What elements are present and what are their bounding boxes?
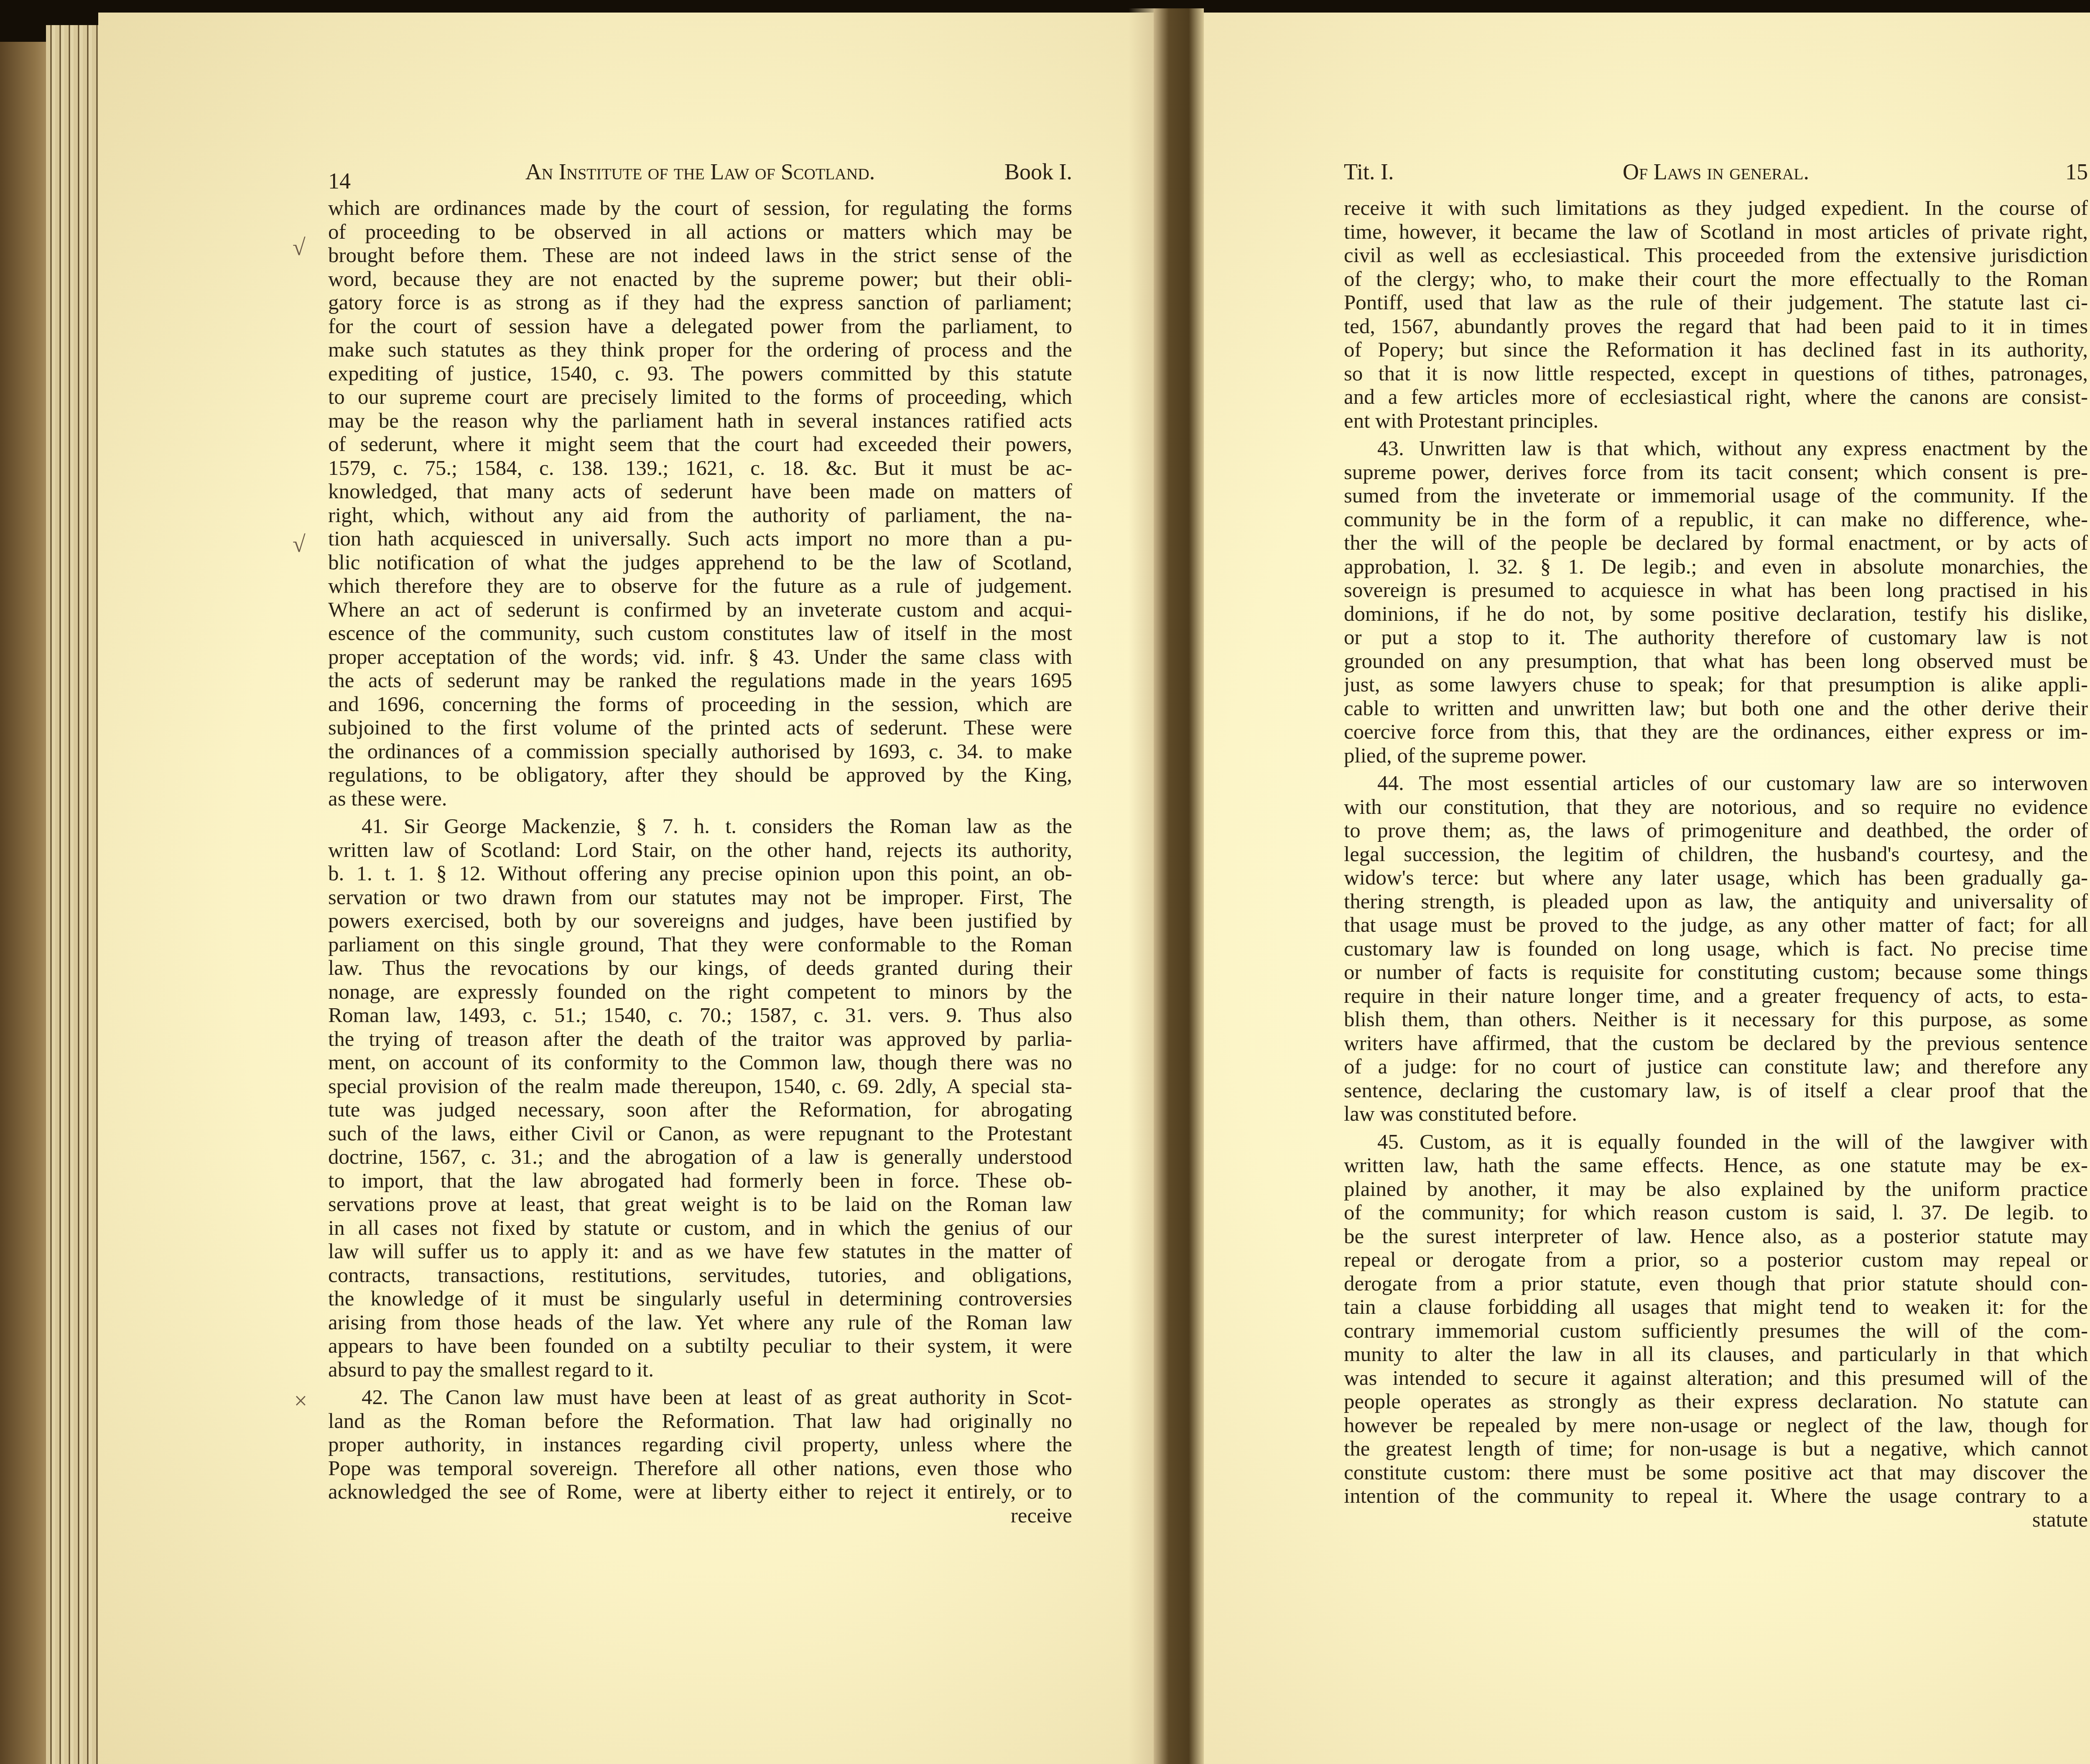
text-line: absurd to pay the smallest regard to it.	[328, 1358, 1072, 1382]
text-line: of a judge: for no court of justice can …	[1344, 1055, 2088, 1079]
text-line: 1579, c. 75.; 1584, c. 138. 139.; 1621, …	[328, 456, 1072, 480]
left-section-tag: Book I.	[1004, 159, 1072, 185]
text-line: blish them, than others. Neither is it n…	[1344, 1008, 2088, 1032]
catchword: receive	[328, 1504, 1072, 1528]
text-line: law was constituted before.	[1344, 1102, 2088, 1126]
text-line: customary law is founded on long usage, …	[1344, 937, 2088, 961]
text-line: legal succession, the legitim of childre…	[1344, 843, 2088, 867]
text-line: 42. The Canon law must have been at leas…	[328, 1386, 1072, 1410]
text-line: 45. Custom, as it is equally founded in …	[1344, 1130, 2088, 1154]
text-line: expediting of justice, 1540, c. 93. The …	[328, 362, 1072, 386]
text-line: powers exercised, both by our sovereigns…	[328, 909, 1072, 933]
right-page-number: 15	[2065, 159, 2088, 185]
right-running-head: Tit. I. Of Laws in general. 15	[1344, 159, 2088, 196]
text-line: receive it with such limitations as they…	[1344, 196, 2088, 220]
text-line: people operates as strongly as their exp…	[1344, 1390, 2088, 1414]
text-line: plained by another, it may be also expla…	[1344, 1178, 2088, 1201]
text-line: special provision of the realm made ther…	[328, 1075, 1072, 1099]
text-line: plied, of the supreme power.	[1344, 744, 2088, 768]
text-line: tion hath acquiesced in universally. Suc…	[328, 527, 1072, 551]
text-line: of the clergy; who, to make their court …	[1344, 268, 2088, 291]
page-edges-stack	[46, 25, 100, 1764]
text-line: ted, 1567, abundantly proves the regard …	[1344, 315, 2088, 339]
text-line: written law, hath the same effects. Henc…	[1344, 1154, 2088, 1178]
text-line: arising from those heads of the law. Yet…	[328, 1311, 1072, 1335]
text-line: that usage must be proved to the judge, …	[1344, 913, 2088, 937]
text-line: the ordinances of a commission specially…	[328, 740, 1072, 764]
text-line: just, as some lawyers chuse to speak; fo…	[1344, 673, 2088, 697]
text-line: ment, on account of its conformity to th…	[328, 1051, 1072, 1075]
right-page-body: receive it with such limitations as they…	[1344, 196, 2088, 1532]
text-line: of sederunt, where it might seem that th…	[328, 433, 1072, 456]
text-line: the knowledge of it must be singularly u…	[328, 1287, 1072, 1311]
text-line: subjoined to the first volume of the pri…	[328, 716, 1072, 740]
text-line: nonage, are expressly founded on the rig…	[328, 980, 1072, 1004]
text-line: sentence, declaring the customary law, i…	[1344, 1079, 2088, 1103]
text-line: repeal or derogate from a prior, so a po…	[1344, 1248, 2088, 1272]
text-line: of proceeding to be observed in all acti…	[328, 220, 1072, 244]
text-line: the trying of treason after the death of…	[328, 1027, 1072, 1051]
text-line: the greatest length of time; for non-usa…	[1344, 1437, 2088, 1461]
text-line: such of the laws, either Civil or Canon,…	[328, 1122, 1072, 1146]
text-line: however be repealed by mere non-usage or…	[1344, 1414, 2088, 1438]
text-line: to import, that the law abrogated had fo…	[328, 1169, 1072, 1193]
text-line: of Popery; but since the Reformation it …	[1344, 338, 2088, 362]
text-line: as these were.	[328, 787, 1072, 811]
text-line: 43. Unwritten law is that which, without…	[1344, 437, 2088, 461]
margin-cross-mark: ×	[293, 1388, 308, 1415]
text-line: servation or two drawn from our statutes…	[328, 886, 1072, 910]
text-line: to our supreme court are precisely limit…	[328, 385, 1072, 409]
text-line: derogate from a prior statute, even thou…	[1344, 1272, 2088, 1296]
text-line: Where an act of sederunt is confirmed by…	[328, 598, 1072, 622]
text-line: knowledged, that many acts of sederunt h…	[328, 480, 1072, 504]
text-line: contrary immemorial custom sufficiently …	[1344, 1319, 2088, 1343]
text-line: time, however, it became the law of Scot…	[1344, 220, 2088, 244]
text-line: land as the Roman before the Reformation…	[328, 1410, 1072, 1433]
left-page-body: which are ordinances made by the court o…	[328, 196, 1072, 1527]
text-line: civil as well as ecclesiastical. This pr…	[1344, 244, 2088, 268]
text-line: 41. Sir George Mackenzie, § 7. h. t. con…	[328, 815, 1072, 839]
text-line: ent with Protestant principles.	[1344, 409, 2088, 433]
text-line: with our constitution, that they are not…	[1344, 795, 2088, 819]
text-line: which are ordinances made by the court o…	[328, 196, 1072, 220]
text-line: may be the reason why the parliament hat…	[328, 409, 1072, 433]
margin-check-mark: √	[293, 531, 306, 558]
text-line: gatory force is as strong as if they had…	[328, 291, 1072, 315]
text-line: ther the will of the people be declared …	[1344, 531, 2088, 555]
text-line: require in their nature longer time, and…	[1344, 984, 2088, 1008]
text-line: appears to have been founded on a subtil…	[328, 1334, 1072, 1358]
text-line: writers have affirmed, that the custom b…	[1344, 1032, 2088, 1055]
text-line: for the court of session have a delegate…	[328, 315, 1072, 339]
text-line: brought before them. These are not indee…	[328, 244, 1072, 268]
left-running-title: An Institute of the Law of Scotland.	[328, 159, 1072, 185]
text-line: or put a stop to it. The authority there…	[1344, 626, 2088, 650]
text-line: tute was judged necessary, soon after th…	[328, 1098, 1072, 1122]
text-line: to prove them; as, the laws of primogeni…	[1344, 819, 2088, 843]
text-line: or number of facts is requisite for cons…	[1344, 961, 2088, 984]
text-line: community be in the form of a republic, …	[1344, 508, 2088, 532]
text-line: approbation, l. 32. § 1. De legib.; and …	[1344, 555, 2088, 579]
text-line: Pontiff, used that law as the rule of th…	[1344, 291, 2088, 315]
text-line: servations prove at least, that great we…	[328, 1193, 1072, 1216]
text-line: grounded on any presumption, that what h…	[1344, 650, 2088, 673]
text-line: was intended to secure it against altera…	[1344, 1366, 2088, 1390]
text-line: the acts of sederunt may be ranked the r…	[328, 669, 1072, 693]
text-line: doctrine, 1567, c. 31.; and the abrogati…	[328, 1145, 1072, 1169]
text-line: dominions, if he do not, by some positiv…	[1344, 602, 2088, 626]
text-line: and 1696, concerning the forms of procee…	[328, 693, 1072, 716]
text-line: escence of the community, such custom co…	[328, 622, 1072, 645]
text-line: and a few articles more of ecclesiastica…	[1344, 385, 2088, 409]
book-gutter	[1154, 8, 1204, 1764]
text-line: right, which, without any aid from the a…	[328, 504, 1072, 528]
text-line: sovereign is presumed to acquiesce in wh…	[1344, 579, 2088, 602]
text-line: munity to alter the law in all its claus…	[1344, 1343, 2088, 1366]
text-line: written law of Scotland: Lord Stair, on …	[328, 839, 1072, 862]
text-line: 44. The most essential articles of our c…	[1344, 772, 2088, 795]
text-line: sumed from the inveterate or immemorial …	[1344, 484, 2088, 508]
text-line: proper acceptation of the words; vid. in…	[328, 645, 1072, 669]
text-line: law. Thus the revocations by our kings, …	[328, 956, 1072, 980]
text-line: Pope was temporal sovereign. Therefore a…	[328, 1457, 1072, 1481]
text-line: be the surest interpreter of law. Hence …	[1344, 1225, 2088, 1249]
text-line: regulations, to be obligatory, after the…	[328, 763, 1072, 787]
left-running-head: 14 An Institute of the Law of Scotland. …	[328, 159, 1072, 196]
text-line: so that it is now little respected, exce…	[1344, 362, 2088, 386]
text-line: b. 1. t. 1. § 12. Without offering any p…	[328, 862, 1072, 886]
text-line: law will suffer us to apply it: and as w…	[328, 1240, 1072, 1264]
text-line: widow's terce: but where any later usage…	[1344, 866, 2088, 890]
text-line: word, because they are not enacted by th…	[328, 268, 1072, 291]
text-line: in all cases not fixed by statute or cus…	[328, 1216, 1072, 1240]
text-line: proper authority, in instances regarding…	[328, 1433, 1072, 1457]
text-line: coercive force from this, that they are …	[1344, 720, 2088, 744]
text-line: supreme power, derives force from its ta…	[1344, 461, 2088, 484]
text-line: acknowledged the see of Rome, were at li…	[328, 1480, 1072, 1504]
text-line: contracts, transactions, restitutions, s…	[328, 1264, 1072, 1287]
text-line: parliament on this single ground, That t…	[328, 933, 1072, 957]
text-line: which therefore they are to observe for …	[328, 574, 1072, 598]
text-line: make such statutes as they think proper …	[328, 338, 1072, 362]
text-line: intention of the community to repeal it.…	[1344, 1484, 2088, 1508]
text-line: blic notification of what the judges app…	[328, 551, 1072, 575]
text-line: of the community; for which reason custo…	[1344, 1201, 2088, 1225]
text-line: Roman law, 1493, c. 51.; 1540, c. 70.; 1…	[328, 1004, 1072, 1027]
text-line: cable to written and unwritten law; but …	[1344, 697, 2088, 721]
text-line: constitute custom: there must be some po…	[1344, 1461, 2088, 1485]
margin-check-mark: √	[293, 234, 306, 261]
text-line: tain a clause forbidding all usages that…	[1344, 1295, 2088, 1319]
catchword: statute	[1344, 1508, 2088, 1532]
right-running-title: Of Laws in general.	[1344, 159, 2088, 185]
text-line: thering strength, is pleaded upon as law…	[1344, 890, 2088, 914]
